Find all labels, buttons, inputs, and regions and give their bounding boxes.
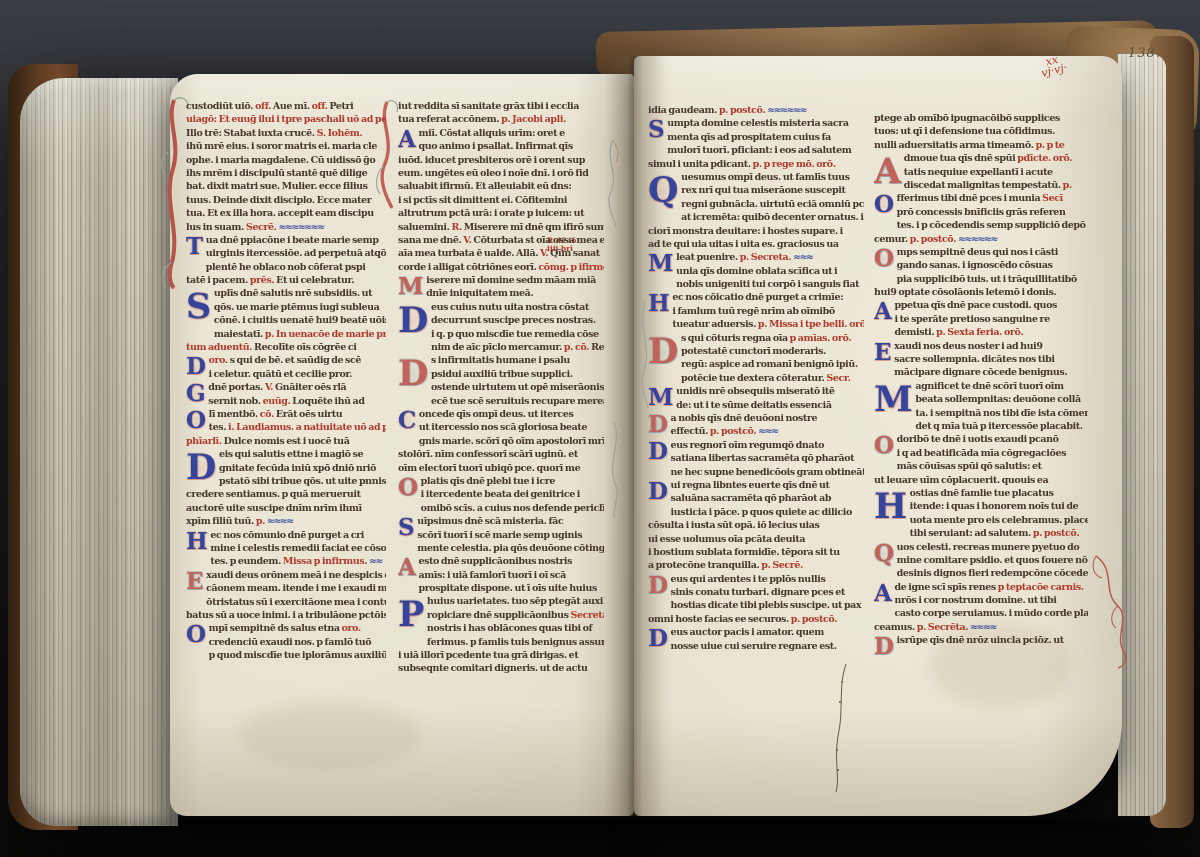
text-line: miī. Cōstat aliquis urīm: oret e xyxy=(398,127,604,140)
text-line: hui9 optate cōsolāonis letemō i donis. xyxy=(874,286,1088,299)
body-text: platis qīs dnē plebi tue i icre xyxy=(421,476,555,487)
text-line: sana me dnē. V. Cōturbata st oīa ossa me… xyxy=(398,234,604,247)
body-text: altrutrum pctā urā: i orate p iuicem: ut xyxy=(398,208,584,219)
right-page-edge-stack xyxy=(1118,54,1166,816)
text-block: Exaudi nos deus noster i ad hui9sacre so… xyxy=(874,340,1088,380)
rubric-text: p teptacōe carnis. xyxy=(998,582,1084,593)
text-block: Hostias dnē famlie tue placatusitende: i… xyxy=(874,487,1088,541)
body-text: ua dnē ppiacōne i beate marie semp xyxy=(206,235,379,246)
text-block: Doro. s qui de bē. et saūdig de scēi cel… xyxy=(186,354,386,381)
illuminated-initial: O xyxy=(874,246,894,273)
body-text: mācipare dignare cōcede benignus. xyxy=(894,367,1067,378)
text-line: i famlum tuū regē nrīm ab oīmibō xyxy=(648,305,864,318)
text-line: sinis conatu turbari. dignare pces et xyxy=(648,586,864,599)
body-text: Loquēte ihū ad xyxy=(292,396,364,407)
rubric-text: off. xyxy=(255,101,273,112)
illuminated-initial: D xyxy=(874,634,894,660)
body-text: sernit nob. xyxy=(208,396,262,407)
body-text: tes. xyxy=(209,422,228,433)
body-text: unidis nrē obsequiis miseratō itē xyxy=(676,386,834,397)
body-text: quo animo i psallat. Infirmat qīs xyxy=(418,141,572,152)
text-line: omibō scīs. a cuius nos defende periclīs… xyxy=(398,502,604,515)
illuminated-initial: D xyxy=(648,479,668,506)
text-line: uesumus ompī deus. ut famlīs tuus xyxy=(648,171,864,184)
body-text: gnitate fecūda iniū xpō dniō nriō xyxy=(219,463,376,474)
text-block: Ds infirmitatis humane i psalupsidui aux… xyxy=(398,354,604,408)
right-page-column-1: idia gaudeam. p. postcō. ≈≈≈≈≈≈Sumpta do… xyxy=(648,104,864,664)
body-text: dnīe iniquitatem meā. xyxy=(426,288,533,299)
body-text: dmoue tua qīs dnē spūi xyxy=(904,153,1017,164)
line-filler: ≈≈≈≈ xyxy=(970,622,996,633)
text-line: tua referat accōnem. p. Jacobi apli. xyxy=(398,113,604,126)
illuminated-initial: O xyxy=(186,408,206,435)
text-line: ecē tue scē seruituis recupare mereāt. xyxy=(398,395,604,408)
body-text: corde i alligat cōtriōnes eorī. xyxy=(398,262,538,273)
body-text: ophe. i maria magdalene. Cū uidissō ḡo xyxy=(186,155,375,166)
rubric-text: p. postcō. xyxy=(710,426,758,437)
illuminated-initial: S xyxy=(648,117,664,144)
body-text: psidui auxiliū tribue supplici. xyxy=(431,369,573,380)
text-line: nulli aduersitatis arma timeamō. p. p te xyxy=(874,139,1088,152)
body-text: umpta domine celestis misteria sacra xyxy=(667,118,848,129)
body-text: eus cuius nutu uita nostra cōstat xyxy=(431,302,589,313)
rubric-text: p. Jacobi apli. xyxy=(501,114,566,125)
illuminated-initial: S xyxy=(398,515,414,542)
body-text: xaudi deus orōnem meā i ne despicis dep xyxy=(206,570,386,581)
body-text: iuōd. iducet presbiteros orē i orent sup xyxy=(398,155,585,166)
text-line: tatē i pacem. prēs. Et ui celebratur. xyxy=(186,274,386,287)
body-text: lī mentbō. xyxy=(209,409,260,420)
text-block: Mleat puenire. p. Secreta. ≈≈≈unia qīs d… xyxy=(648,251,864,291)
illuminated-initial: A xyxy=(874,299,891,326)
body-text: subseqnte comitari digneris. ut de actu xyxy=(398,663,587,674)
body-text: ecē tue scē seruituis recupare mereāt. xyxy=(431,396,604,407)
line-filler: ≈≈≈≈≈≈≈ xyxy=(278,222,323,233)
body-text: de igne scī spīs renes xyxy=(894,582,997,593)
body-text: gnis marie. scōrī qō oīm apostolorī mrī xyxy=(419,436,604,447)
text-block: Appetua qīs dnē pace custodi. quosi te s… xyxy=(874,299,1088,339)
body-text: agnificet te dnē scōrī tuorī oīm xyxy=(915,381,1063,392)
text-line: plentē he oblaco nob cōferat pspi xyxy=(186,261,386,274)
rubric-text: p. cō. xyxy=(564,342,591,353)
body-text: sana me dnē. xyxy=(398,235,463,246)
body-text: mās cōuīsas spūi qō salutis: et xyxy=(897,461,1042,472)
manuscript-photo: 138. xx vj·vj· R đē iō iiij brī custodiū… xyxy=(0,0,1200,857)
text-line: uirginis itercessiōe. ad perpetuā atqō xyxy=(186,247,386,260)
text-line: corde i alligat cōtriōnes eorī. cōmg. p … xyxy=(398,261,604,274)
body-text: dnē portas. xyxy=(208,382,265,393)
body-text: tuus. Deinde dixit disciplo. Ecce mater xyxy=(186,195,371,206)
body-text: hui9 optate cōsolāonis letemō i donis. xyxy=(874,287,1056,298)
body-text: qōs. ue marie ptēmus iugi subleua xyxy=(214,302,380,313)
text-line: unidis nrē obsequiis miseratō itē xyxy=(648,385,864,398)
body-text: i uiā illorī pcedente tua grā dirigas. e… xyxy=(398,650,578,661)
text-line: credenciū exaudi nos. p famlō tuō xyxy=(186,636,386,649)
body-text: i itercedente beata dei genitrice i xyxy=(421,489,580,500)
body-text: auctorē uite suscipe dnīm nrīm ihmī xyxy=(186,503,362,514)
body-text: credere sentiamus. p quā merueruit xyxy=(186,489,361,500)
text-line: mulorī tuorī. pficiant: i eos ad salutem xyxy=(648,144,864,157)
text-block: Sumpta domine celestis misteria sacramen… xyxy=(648,117,864,171)
text-line: auctorē uite suscipe dnīm nrīm ihmī xyxy=(186,502,386,515)
text-line: nosse uiue cui seruire regnare est. xyxy=(648,640,864,653)
line-filler: ≈≈≈≈≈≈ xyxy=(767,105,806,116)
text-line: nim de aīc pīclo mercamur. p. cō. Redeme xyxy=(398,341,604,354)
text-line: dnīe iniquitatem meā. xyxy=(398,287,604,300)
text-line: nrōs i cor nostrum domine. ut tibi xyxy=(874,594,1088,607)
line-filler: ≈≈≈≈ xyxy=(267,516,293,527)
text-line: oro. s qui de bē. et saūdig de scē xyxy=(186,354,386,367)
body-text: s infirmitatis humane i psalu xyxy=(431,355,570,366)
rubric-text: p. postcō. xyxy=(910,234,958,245)
text-line: sacre sollempnia. dicātes nos tibi xyxy=(874,353,1088,366)
illuminated-initial: A xyxy=(874,152,901,192)
body-text: xaudi nos deus noster i ad hui9 xyxy=(894,341,1042,352)
body-text: ropiciare dnē supplicāonibus xyxy=(427,610,571,621)
text-block: Hec nos cōmunio dnē purget a crimine i c… xyxy=(186,529,386,569)
illuminated-initial: A xyxy=(874,581,891,608)
text-line: ferimus. p famlis tuis benignus assume xyxy=(398,636,604,649)
illuminated-initial: H xyxy=(186,529,207,556)
body-text: casto corpe seruiamus. i mūdo corde pla xyxy=(894,608,1088,619)
body-text: regni gubnācla. uirtutū eciā omniū pcipi xyxy=(681,199,864,210)
text-line: regni gubnācla. uirtutū eciā omniū pcipi xyxy=(648,198,864,211)
text-line: rex nrī qui tua miserāone suscepit xyxy=(648,184,864,197)
text-line: lus in suam. Secrē. ≈≈≈≈≈≈≈ xyxy=(186,221,386,234)
text-line: mine i celestis remedii faciat ee cōsor xyxy=(186,542,386,555)
body-text: aīa mea turbata ē ualde. Allā. xyxy=(398,248,540,259)
text-line: tibi seruiant: ad salutem. p. postcō. xyxy=(874,527,1088,540)
rubric-text: off. xyxy=(312,101,330,112)
text-line: det q mīa tuā p itercessōe placabit. xyxy=(874,420,1088,433)
body-text: pstatō sibi tribue qōs. ut uite pnnis et xyxy=(219,476,386,487)
text-line: desinis dignos fieri redempcōne cōcede. … xyxy=(874,567,1088,580)
body-text: effectū. xyxy=(671,426,710,437)
body-text: Et ui celebratur. xyxy=(276,275,354,286)
rubric-text: p. Missa i tpe belli. orō. xyxy=(758,319,864,330)
text-line: ceamus. p. Secrēta. ≈≈≈≈ xyxy=(874,621,1088,634)
line-filler: ≈≈ xyxy=(369,556,382,567)
body-text: cōsulta i iusta sūt opā. iō lecius uias xyxy=(648,520,819,531)
text-line: eus cuius nutu uita nostra cōstat xyxy=(398,301,604,314)
text-line: xaudi nos deus noster i ad hui9 xyxy=(874,340,1088,353)
body-text: ui regna libntes euerte qīs dnē ut xyxy=(671,480,830,491)
text-line: ropiciare dnē supplicāonibus Secreta. xyxy=(398,609,604,622)
body-text: mpī sempitnē ds salus etna xyxy=(209,623,342,634)
body-text: Aue mī. xyxy=(273,101,312,112)
rubric-text: p. postcō. xyxy=(719,105,767,116)
body-text: miī. Cōstat aliquis urīm: oret e xyxy=(418,128,564,139)
parchment-stain xyxy=(240,700,420,770)
text-line: platis qīs dnē plebi tue i icre xyxy=(398,475,604,488)
rubric-text: p. Secrēta. xyxy=(917,622,970,633)
body-text: saluemini. xyxy=(398,222,451,233)
text-block: Magnificet te dnē scōrī tuorī oīmbeata s… xyxy=(874,380,1088,434)
body-text: potēcie tue dextera cōteratur. xyxy=(681,373,826,384)
rubric-text: Secr. xyxy=(826,373,850,384)
text-line: tuos: ut qī i defensione tua cōfidimus. xyxy=(874,125,1088,138)
body-text: desinis dignos fieri redempcōne cōcede. … xyxy=(897,568,1088,579)
text-block: iut reddita sī sanitate grāx tibi i eccl… xyxy=(398,100,604,127)
rubric-text: p. postcō. xyxy=(1033,528,1079,539)
illuminated-initial: D xyxy=(398,301,428,341)
text-line: ihs mrēm i discipulū stantē quē dilige xyxy=(186,167,386,180)
text-line: a protecōne tranquilla. p. Secrē. xyxy=(648,559,864,572)
text-line: uplīs dnē salutis nrē subsidiis. ut xyxy=(186,287,386,300)
body-text: Illo trē: Stabat iuxta crucē. xyxy=(186,128,317,139)
rubric-text: V. xyxy=(463,235,473,246)
body-text: i hostium sublata formidīe. tēpora sit t… xyxy=(648,547,840,558)
body-text: i q. p quo miscdīe tue remedia cōse xyxy=(431,329,599,340)
body-text: lus in suam. xyxy=(186,222,246,233)
text-line: amīs: i uiā famlorī tuorī i oī scā xyxy=(398,569,604,582)
text-line: mpī sempitnē ds salus etna oro. xyxy=(186,622,386,635)
left-page-edge-stack xyxy=(20,78,178,826)
body-text: ppetua qīs dnē pace custodi. quos xyxy=(894,300,1057,311)
text-line: ut itercessio nos scā gloriosa beate xyxy=(398,421,604,434)
text-line: prospitate dispone. ut ī oīs uite huius xyxy=(398,582,604,595)
illuminated-initial: O xyxy=(398,475,418,502)
body-text: ostende uirtutem ut opē miserāonis xyxy=(431,382,604,393)
body-text: plentē he oblaco nob cōferat pspi xyxy=(206,262,366,273)
body-text: omibō scīs. a cuius nos defende periclīs… xyxy=(421,503,604,514)
text-line: gnitate fecūda iniū xpō dniō nriō xyxy=(186,462,386,475)
text-block: Hec nos cōicatio dnē purget a crimīe:i f… xyxy=(648,291,864,331)
text-block: Quesumus ompī deus. ut famlīs tuusrex nr… xyxy=(648,171,864,251)
text-block: credere sentiamus. p quā merueruitauctor… xyxy=(186,488,386,528)
rubric-text: V. xyxy=(540,248,550,259)
body-text: saluāna sacramēta qō pharāot ab xyxy=(671,493,832,504)
body-text: Recolīte oīs cōgrēe ci xyxy=(254,342,356,353)
text-block: Ds qui cōturis regna oīa p amīas. orō.po… xyxy=(648,332,864,386)
text-block: idia gaudeam. p. postcō. ≈≈≈≈≈≈ xyxy=(648,104,864,117)
illuminated-initial: D xyxy=(186,448,216,488)
illuminated-initial: Q xyxy=(874,541,894,568)
text-line: gando sanas. i ignoscēdo cōsuas xyxy=(874,259,1088,272)
body-text: tueatur aduersis. xyxy=(672,319,758,330)
body-text: Gnāiter oēs rlā xyxy=(275,382,346,393)
body-text: uirginis itercessiōe. ad perpetuā atqō xyxy=(206,248,386,259)
body-text: ostias dnē famlie tue placatus xyxy=(910,488,1054,499)
text-block: Phuius uarietates. tuo sēp ptegāt auxili… xyxy=(398,595,604,675)
body-text: Cōturbata st oīa ossa mea et xyxy=(473,235,604,246)
body-text: custodiūt uiō. xyxy=(186,101,255,112)
text-block: Omps sempitnē deus qui nos i cāstigando … xyxy=(874,246,1088,300)
body-text: tuos: ut qī i defensione tua cōfidimus. xyxy=(874,126,1055,137)
rubric-text: Missa p infirmus. xyxy=(283,556,369,567)
body-text: Miserere mī dnē qm ifirō sum xyxy=(464,222,604,233)
text-block: Gdnē portas. V. Gnāiter oēs rlāsernit no… xyxy=(186,381,386,408)
left-page-column-1: custodiūt uiō. off. Aue mī. off. Petriui… xyxy=(186,100,386,675)
body-text: tibi seruiant: ad salutem. xyxy=(910,528,1033,539)
text-line: credere sentiamus. p quā merueruit xyxy=(186,488,386,501)
body-text: nulli aduersitatis arma timeamō. xyxy=(874,140,1036,151)
folio-number: 138. xyxy=(1128,46,1161,61)
rubric-text: i. Laudiamus. a natiuitate uō ad ppi xyxy=(228,422,386,433)
text-block: Munidis nrē obsequiis miseratō itēde: ut… xyxy=(648,385,864,412)
body-text: uīpsimus dnē scā misteria. fāc xyxy=(417,516,563,527)
red-margin-flourish xyxy=(1088,552,1132,672)
text-line: uos celesti. recreas munere pyetuo do xyxy=(874,541,1088,554)
rubric-text: p. p te xyxy=(1036,140,1065,151)
body-text: cemur. xyxy=(874,234,910,245)
text-block: ptege ab omībō ipugnacōibō supplicestuos… xyxy=(874,112,1088,152)
illuminated-initial: Q xyxy=(648,171,678,211)
text-line: doribō te dnē i uotis exaudi pcanō xyxy=(874,433,1088,446)
illuminated-initial: S xyxy=(186,287,211,327)
text-line: iusticia i pāce. p quos quiete ac dilici… xyxy=(648,506,864,519)
text-line: prō concessis bnīficiis grās referen xyxy=(874,206,1088,219)
body-text: nobis unigeniti tui corpō i sanguis fiat xyxy=(676,279,859,290)
text-line: i uiā illorī pcedente tua grā dirigas. e… xyxy=(398,649,604,662)
illuminated-initial: D xyxy=(648,573,668,600)
body-text: gando sanas. i ignoscēdo cōsuas xyxy=(897,260,1053,271)
illuminated-initial: P xyxy=(398,595,424,635)
text-line: regū: aspice ad romanī benignō ipiū. xyxy=(648,358,864,371)
body-text: at icremēta: quibō decenter ornatus. i u… xyxy=(681,212,864,223)
text-line: sernit nob. euūg. Loquēte ihū ad xyxy=(186,395,386,408)
text-line: iuōd. iducet presbiteros orē i orent sup xyxy=(398,154,604,167)
text-line: iut reddita sī sanitate grāx tibi i eccl… xyxy=(398,100,604,113)
left-page-column-2: iut reddita sī sanitate grāx tibi i eccl… xyxy=(398,100,604,675)
body-text: simul i unita pdicant. xyxy=(648,159,753,170)
text-line: altrutrum pctā urā: i orate p iuicem: ut xyxy=(398,207,604,220)
rubric-text: Secī xyxy=(1042,193,1063,204)
illuminated-initial: D xyxy=(648,412,668,439)
body-text: s qui de bē. et saūdig de scē xyxy=(230,355,361,366)
text-line: ec nos cōicatio dnē purget a crimīe: xyxy=(648,291,864,304)
rubric-text: p amīas. orō. xyxy=(790,333,852,344)
body-text: ui esse uolumus oīa pcāta deuita xyxy=(648,534,805,545)
body-text: a nobis qīs dnē deuōoni nostre xyxy=(671,413,818,424)
text-line: de: ut i te sūme deitatis essenciā xyxy=(648,399,864,412)
text-line: eum. ungētes eū oleo i noīe dnī. i orō f… xyxy=(398,167,604,180)
rubric-text: oro. xyxy=(342,623,361,634)
body-text: det q mīa tuā p itercessōe placabit. xyxy=(915,421,1082,432)
text-line: tua. Et ex illa hora. accepit eam discip… xyxy=(186,207,386,220)
text-line: eis qui salutis ettne i magiō se xyxy=(186,448,386,461)
body-text: pia supplicibō tuis. ut i trāquillitatib… xyxy=(897,274,1077,285)
text-line: mās cōuīsas spūi qō salutis: et xyxy=(874,460,1088,473)
text-line: gnis marie. scōrī qō oīm apostolorī mrī xyxy=(398,435,604,448)
body-text: regū: aspice ad romanī benignō ipiū. xyxy=(681,359,858,370)
text-line: saluāna sacramēta qō pharāot ab xyxy=(648,492,864,505)
text-block: Disrūpe qīs dnē nrōz uincla pciōz. ut xyxy=(874,634,1088,647)
body-text: ōtristatus sū i exercitāone mea i contur xyxy=(206,597,386,608)
rubric-text: p. postcō. xyxy=(791,614,837,625)
text-block: custodiūt uiō. off. Aue mī. off. Petriui… xyxy=(186,100,386,234)
rubric-text: p. xyxy=(256,516,267,527)
text-line: iserere mī domine sedm māam miā xyxy=(398,274,604,287)
rubric-text: V. xyxy=(265,382,275,393)
text-line: cōsulta i iusta sūt opā. iō lecius uias xyxy=(648,519,864,532)
text-line: ui regna libntes euerte qīs dnē ut xyxy=(648,479,864,492)
body-text: ihs mrēm i discipulū stantē quē dilige xyxy=(186,168,367,179)
descender-flourish xyxy=(828,662,858,797)
body-text: ec nos cōmunio dnē purget a cri xyxy=(210,530,364,541)
body-text: demisti. xyxy=(894,327,936,338)
text-line: menta qīs ad prospitatem cuius fa xyxy=(648,131,864,144)
text-line: nobis unigeniti tui corpō i sanguis fiat xyxy=(648,278,864,291)
text-line: uiagō: Et euuḡ ilui i tpre paschali uō a… xyxy=(186,113,386,126)
text-line: qōs. ue marie ptēmus iugi subleua xyxy=(186,301,386,314)
text-line: casto corpe seruiamus. i mūdo corde pla xyxy=(874,607,1088,620)
body-text: tes. i p cōcedendis semp suppliciō depō xyxy=(897,220,1086,231)
text-line: isrūpe qīs dnē nrōz uincla pciōz. ut xyxy=(874,634,1088,647)
illuminated-initial: D xyxy=(648,439,668,466)
text-line: ptege ab omībō ipugnacōibō supplices xyxy=(874,112,1088,125)
text-line: pia supplicibō tuis. ut i trāquillitatib… xyxy=(874,273,1088,286)
text-line: eus auctor pacis i amator. quem xyxy=(648,626,864,639)
text-line: eus qui ardentes i te pplōs nullis xyxy=(648,573,864,586)
text-block: iuōd. iducet presbiteros orē i orent sup… xyxy=(398,154,604,275)
rubric-text: p. p rege mō. orō. xyxy=(753,159,836,170)
text-line: mente celestia. pia qōs deuōone cōtingat xyxy=(398,542,604,555)
text-block: Miserere mī domine sedm māam miādnīe ini… xyxy=(398,274,604,301)
body-text: i famlum tuū regē nrīm ab oīmibō xyxy=(672,306,834,317)
text-block: Deus qui ardentes i te pplōs nullissinis… xyxy=(648,573,864,627)
body-text: p quod miscdīe tue iplorāmus auxiliū. xyxy=(209,650,386,661)
body-text: mps sempitnē deus qui nos i cāsti xyxy=(897,247,1058,258)
text-line: hostias dicate tibi plebis suscipe. ut p… xyxy=(648,599,864,612)
rubric-text: euūg. xyxy=(263,396,293,407)
body-text: satiana libertas sacramēta qō pharāot xyxy=(671,453,855,464)
body-text: huius uarietates. tuo sēp ptegāt auxilio… xyxy=(427,596,604,607)
rubric-text: pdīcte. orō. xyxy=(1017,153,1072,164)
text-block: Deis qui salutis ettne i magiō segnitate… xyxy=(186,448,386,488)
text-block: Ompī sempitnē ds salus etna oro.credenci… xyxy=(186,622,386,662)
body-text: eum. ungētes eū oleo i noīe dnī. i orō f… xyxy=(398,168,588,179)
body-text: oncede qīs ompī deus. ut iterces xyxy=(419,409,574,420)
text-line: simul i unita pdicant. p. p rege mō. orō… xyxy=(648,158,864,171)
text-line: ui esse uolumus oīa pcāta deuita xyxy=(648,533,864,546)
body-text: s qui cōturis regna oīa xyxy=(681,333,790,344)
illuminated-initial: M xyxy=(398,274,423,301)
body-text: eus qui ardentes i te pplōs nullis xyxy=(671,574,826,585)
body-text: uesumus ompī deus. ut famlīs tuus xyxy=(681,172,849,183)
illuminated-initial: E xyxy=(186,569,203,596)
text-block: Deus regnorī oīm regumqō dnatosatiana li… xyxy=(648,439,864,479)
illuminated-initial: O xyxy=(874,192,894,219)
body-text: doribō te dnē i uotis exaudi pcanō xyxy=(897,434,1059,445)
text-line: xaudi deus orōnem meā i ne despicis dep xyxy=(186,569,386,582)
text-line: s qui cōturis regna oīa p amīas. orō. xyxy=(648,332,864,345)
body-text: sacre sollempnia. dicātes nos tibi xyxy=(894,354,1054,365)
body-text: beata sollempnitas: deuōone collā xyxy=(915,394,1080,405)
text-block: cōsulta i iusta sūt opā. iō lecius uiasu… xyxy=(648,519,864,573)
text-line: quo animo i psallat. Infirmat qīs xyxy=(398,140,604,153)
text-line: cemur. p. postcō. ≈≈≈≈≈≈ xyxy=(874,233,1088,246)
text-line: umpta domine celestis misteria sacra xyxy=(648,117,864,130)
body-text: cōnē. i ciuitis uenatē hui9 beatē uōis xyxy=(214,315,386,326)
rubric-text: tum aduentū. xyxy=(186,342,254,353)
text-line: Illo trē: Stabat iuxta crucē. S. Iohēm. xyxy=(186,127,386,140)
text-line: i hostium sublata formidīe. tēpora sit t… xyxy=(648,546,864,559)
illuminated-initial: T xyxy=(186,234,203,261)
text-line: de igne scī spīs renes p teptacōe carnis… xyxy=(874,581,1088,594)
text-block: Quos celesti. recreas munere pyetuo domi… xyxy=(874,541,1088,581)
text-line: leat puenire. p. Secreta. ≈≈≈ xyxy=(648,251,864,264)
text-line: unia qīs domine oblata scīfica ut i xyxy=(648,265,864,278)
text-line: potestatē cunctorī moderaris. xyxy=(648,345,864,358)
text-line: omni hoste facias ee securos. p. postcō. xyxy=(648,613,864,626)
illuminated-initial: O xyxy=(186,622,206,649)
illuminated-initial: C xyxy=(398,408,416,435)
illuminated-initial: D xyxy=(186,354,206,381)
illuminated-initial: G xyxy=(186,381,205,408)
body-text: uplīs dnē salutis nrē subsidiis. ut xyxy=(214,288,372,299)
text-line: tes. i p cōcedendis semp suppliciō depō xyxy=(874,219,1088,232)
